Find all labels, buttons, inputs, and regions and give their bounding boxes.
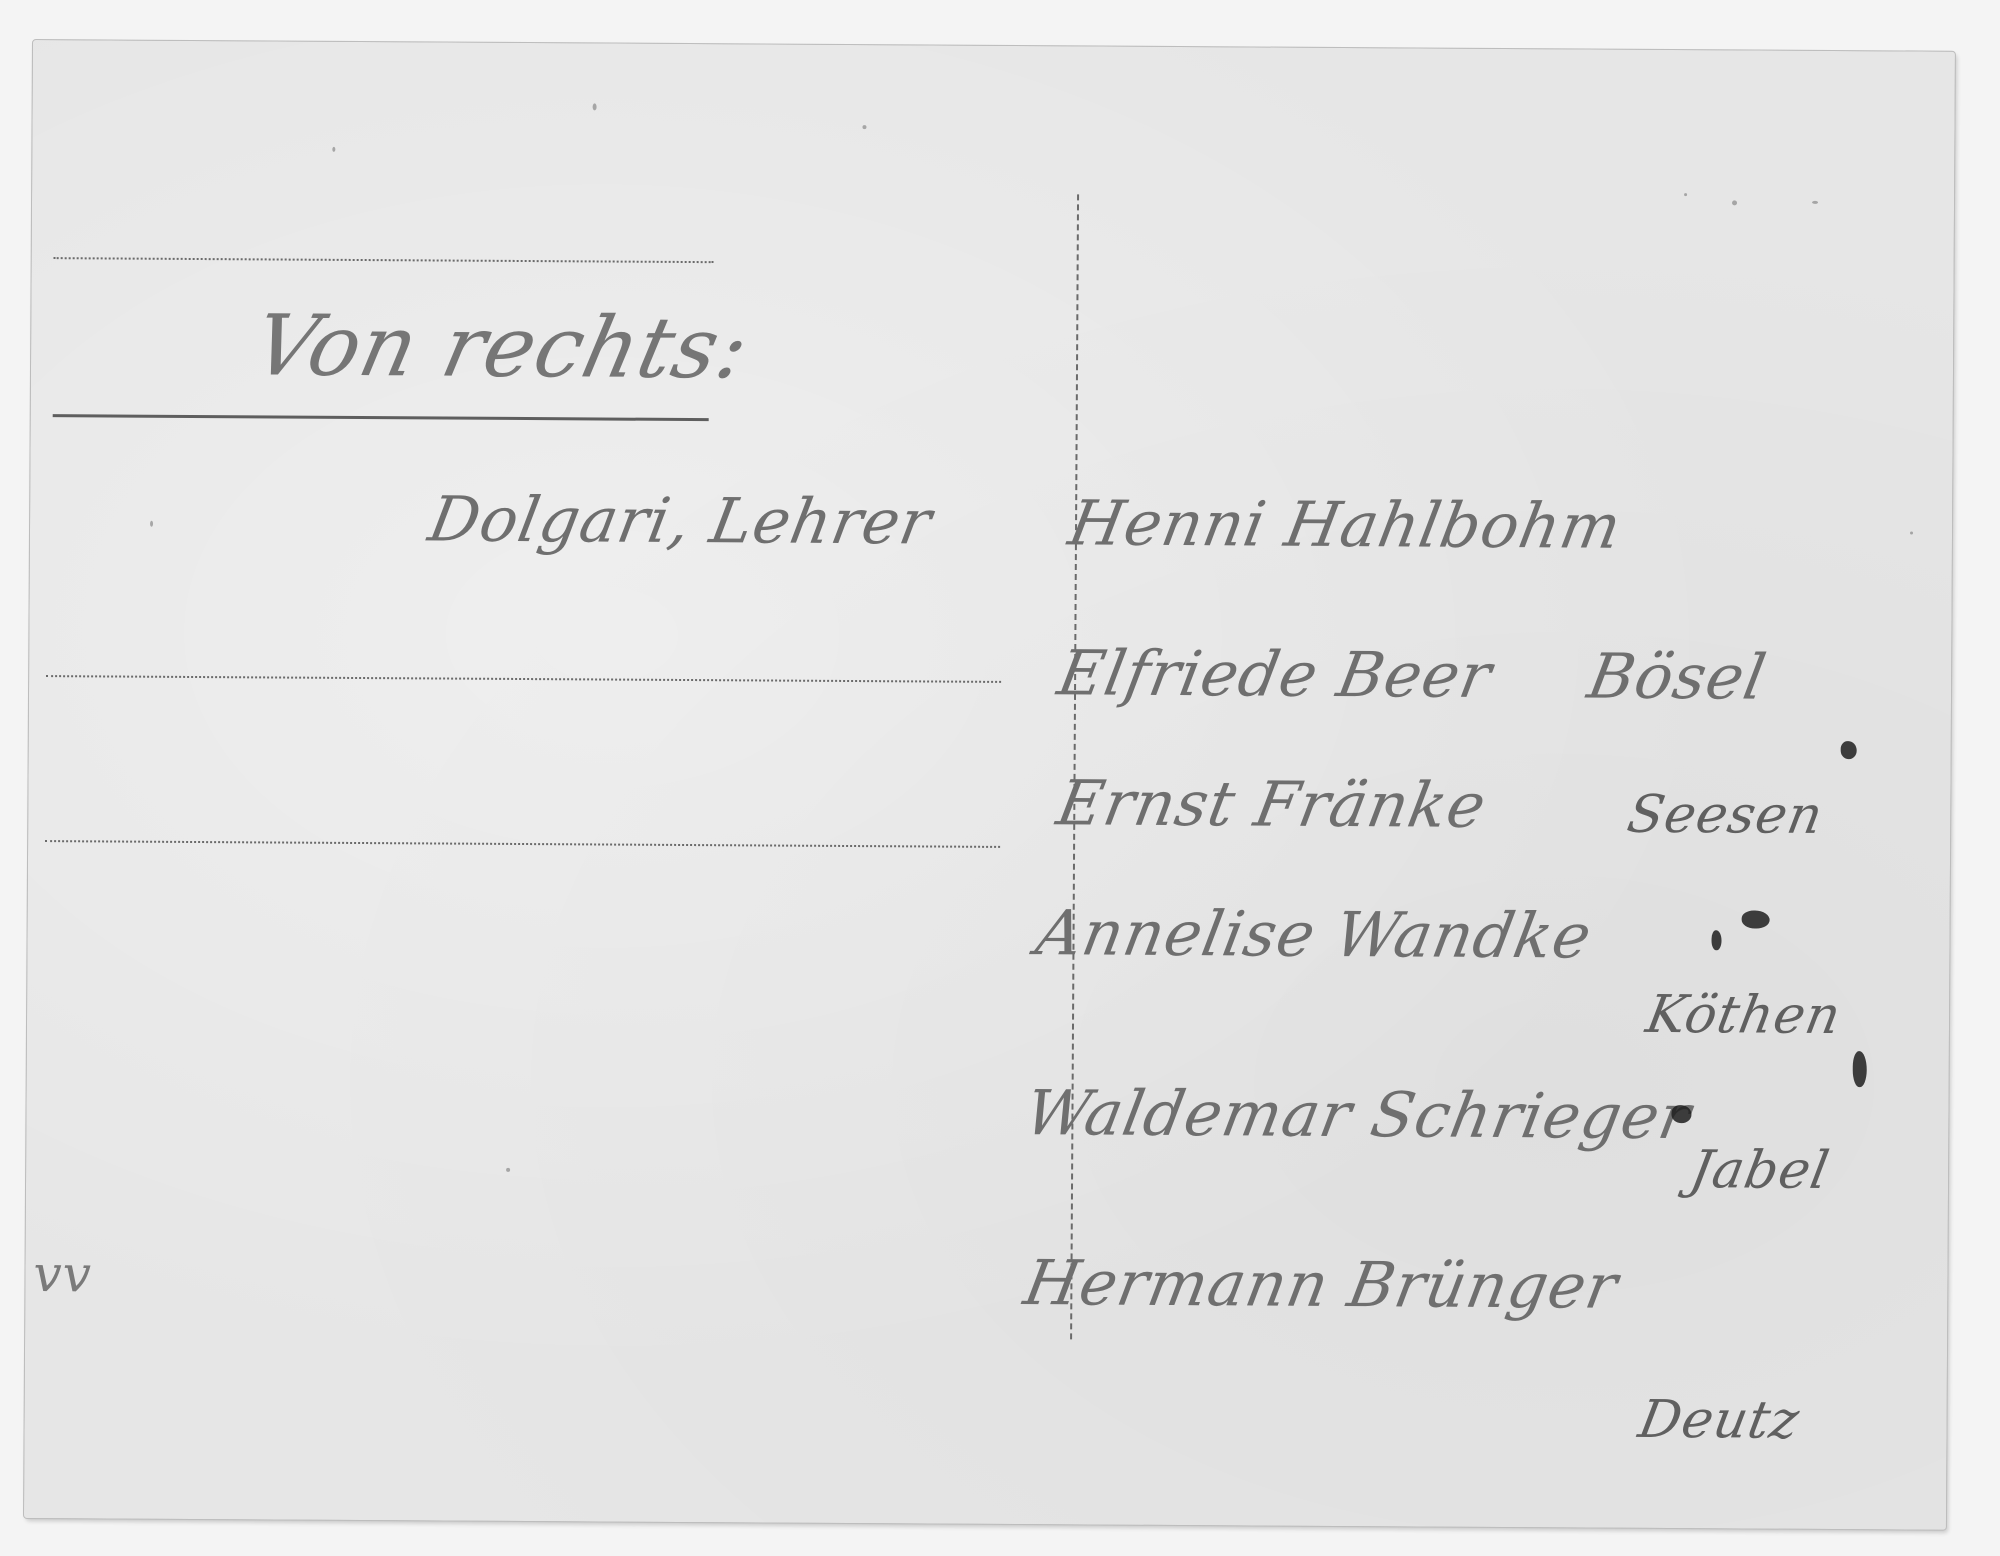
name-note-2: Bösel xyxy=(1582,640,1772,714)
heading-von-rechts: Von rechts: xyxy=(245,296,758,397)
name-entry-3: Ernst Fränke xyxy=(1052,766,1492,842)
ink-blot xyxy=(1742,910,1770,928)
paper-speck xyxy=(1684,193,1687,196)
name-note-6: Deutz xyxy=(1634,1390,1804,1451)
address-line-4 xyxy=(45,840,1000,848)
ink-blot xyxy=(1841,741,1857,759)
paper-speck xyxy=(150,521,153,527)
paper-speck xyxy=(593,103,597,110)
paper-speck xyxy=(862,125,866,129)
name-entry-2: Elfriede Beer xyxy=(1052,636,1497,712)
paper-speck xyxy=(332,147,335,152)
paper-speck xyxy=(1910,531,1913,534)
entry-teacher: Dolgari, Lehrer xyxy=(423,482,937,558)
ink-blot xyxy=(1671,1105,1691,1123)
address-line-1 xyxy=(54,257,714,263)
address-line-3 xyxy=(46,675,1001,683)
paper-speck xyxy=(1732,200,1737,205)
ink-blot xyxy=(1711,930,1721,950)
name-entry-6: Hermann Brünger xyxy=(1019,1246,1624,1323)
postcard-back: Von rechts: Dolgari, Lehrer Henni Hahlbo… xyxy=(24,40,1955,1530)
name-entry-4: Annelise Wandke xyxy=(1031,896,1598,972)
name-note-4: Köthen xyxy=(1642,985,1846,1046)
paper-speck xyxy=(506,1168,510,1172)
ink-blot xyxy=(1853,1051,1867,1087)
name-entry-1: Henni Hahlbohm xyxy=(1063,486,1627,562)
name-note-5: Jabel xyxy=(1686,1140,1834,1201)
address-line-2 xyxy=(53,414,709,421)
margin-mark: vv xyxy=(33,1245,92,1303)
name-entry-5: Waldemar Schrieger xyxy=(1020,1076,1697,1153)
name-note-3: Seesen xyxy=(1623,785,1828,846)
paper-speck xyxy=(1812,201,1818,204)
